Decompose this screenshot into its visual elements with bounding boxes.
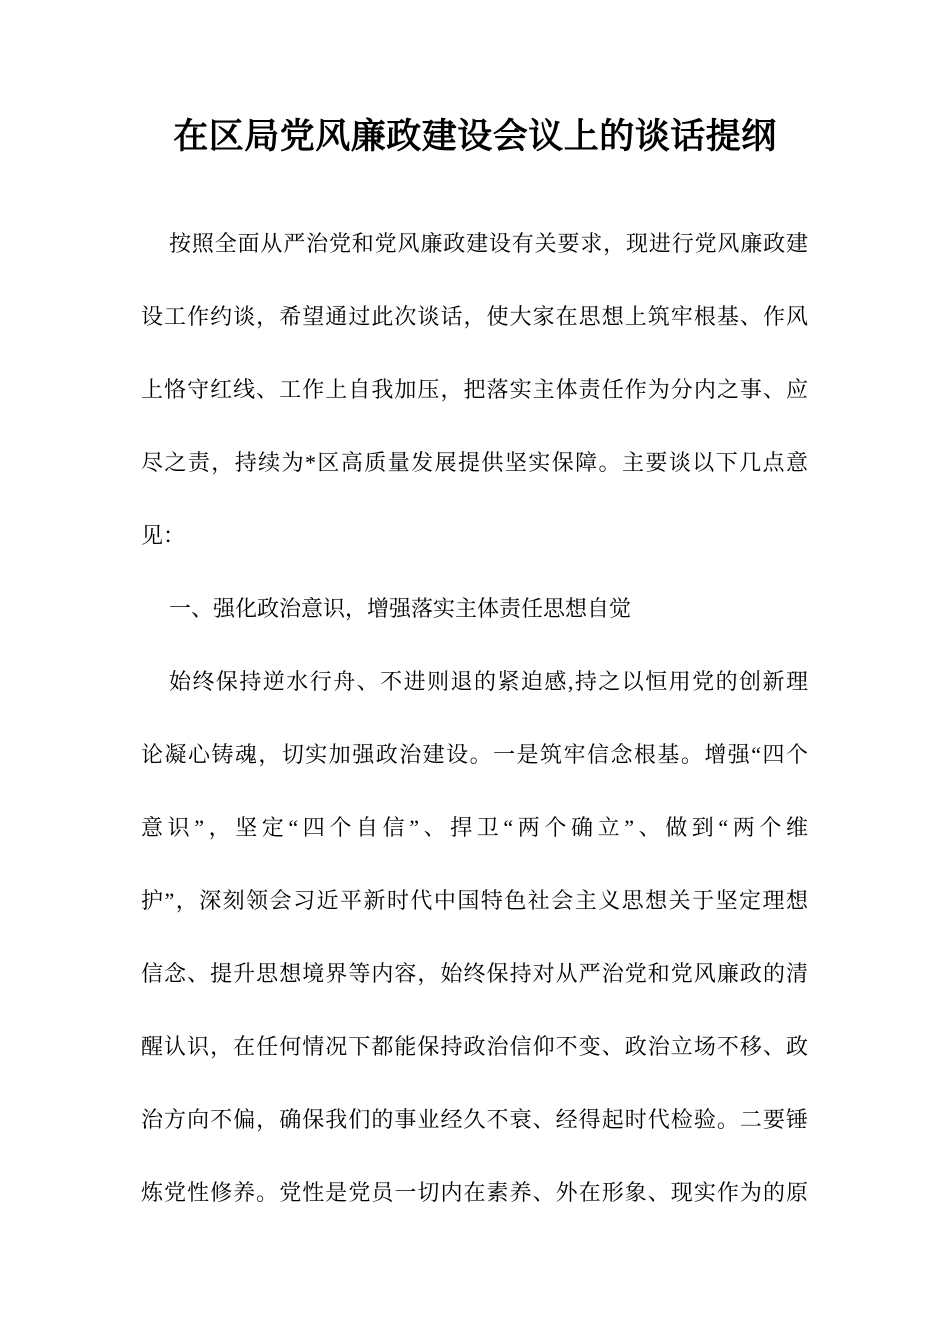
text-line: 信念、提升思想境界等内容，始终保持对从严治党和党风廉政的清 <box>141 937 808 1010</box>
text-line: 按照全面从严治党和党风廉政建设有关要求，现进行党风廉政建 <box>141 207 808 280</box>
text-line: 始终保持逆水行舟、不进则退的紧迫感,持之以恒用党的创新理 <box>141 645 808 718</box>
text-line: 意识”，坚定“四个自信”、捍卫“两个确立”、做到“两个维 <box>141 791 808 864</box>
text-line: 醒认识，在任何情况下都能保持政治信仰不变、政治立场不移、政 <box>141 1010 808 1083</box>
section-heading: 一、强化政治意识，增强落实主体责任思想自觉 <box>141 572 808 645</box>
text-line: 设工作约谈，希望通过此次谈话，使大家在思想上筑牢根基、作风 <box>141 280 808 353</box>
document-page: 在区局党风廉政建设会议上的谈话提纲 按照全面从严治党和党风廉政建设有关要求，现进… <box>0 0 950 1344</box>
text-line: 论凝心铸魂，切实加强政治建设。一是筑牢信念根基。增强“四个 <box>141 718 808 791</box>
text-line: 见： <box>141 499 808 572</box>
text-line: 炼党性修养。党性是党员一切内在素养、外在形象、现实作为的原 <box>141 1156 808 1229</box>
text-line: 上恪守红线、工作上自我加压，把落实主体责任作为分内之事、应 <box>141 353 808 426</box>
text-line: 护”，深刻领会习近平新时代中国特色社会主义思想关于坚定理想 <box>141 864 808 937</box>
document-body: 按照全面从严治党和党风廉政建设有关要求，现进行党风廉政建 设工作约谈，希望通过此… <box>141 207 808 1229</box>
document-title: 在区局党风廉政建设会议上的谈话提纲 <box>0 112 950 162</box>
text-line: 尽之责，持续为*区高质量发展提供坚实保障。主要谈以下几点意 <box>141 426 808 499</box>
text-line: 治方向不偏，确保我们的事业经久不衰、经得起时代检验。二要锤 <box>141 1083 808 1156</box>
